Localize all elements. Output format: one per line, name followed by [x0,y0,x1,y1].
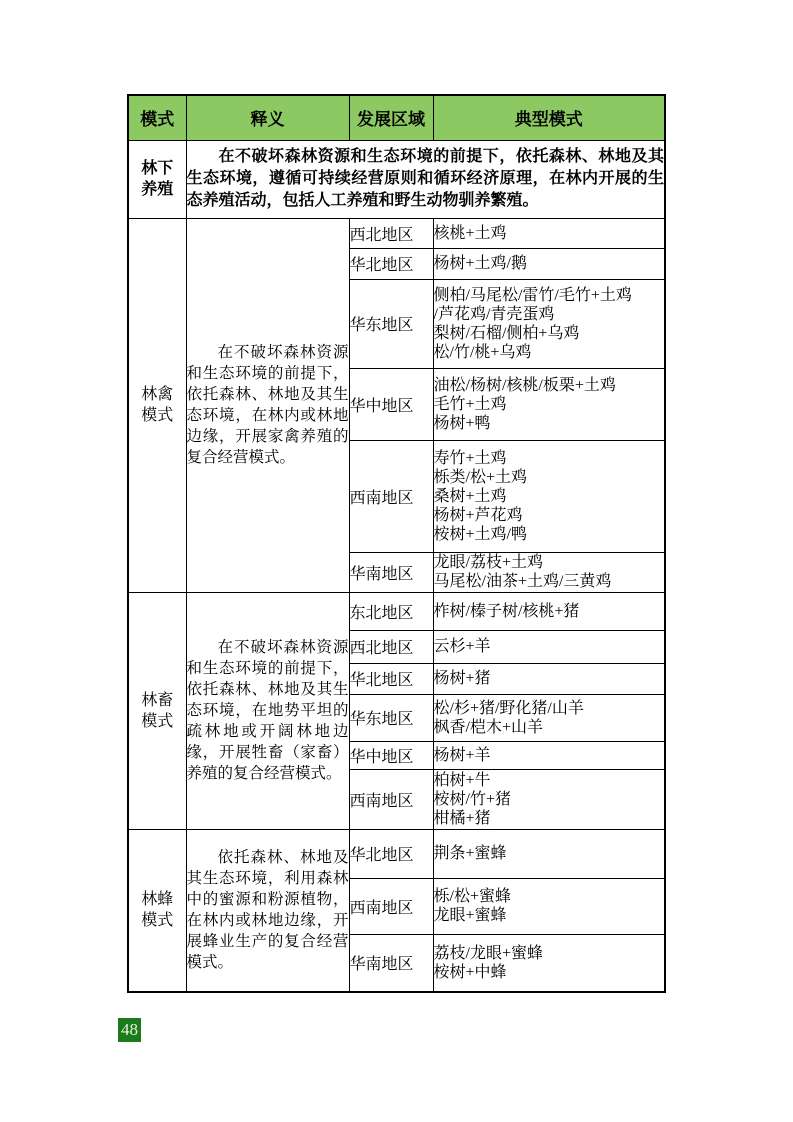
mode-label-line: 林禽 [129,384,186,405]
models-cell: 云杉+羊 [433,630,665,663]
region-cell: 华中地区 [349,368,433,440]
model-line: 杨树+芦花鸡 [434,506,665,525]
model-line: 杨树+鸭 [434,414,665,433]
mode-label-line: 养殖 [129,179,186,200]
model-line: 桑树+土鸡 [434,487,665,506]
models-cell: 栎/松+蜜蜂龙眼+蜜蜂 [433,878,665,934]
models-cell: 侧柏/马尾松/雷竹/毛竹+土鸡/芦花鸡/青壳蛋鸡梨树/石榴/侧柏+乌鸡松/竹/桃… [433,279,665,368]
region-cell: 西北地区 [349,630,433,663]
mode-label-line: 模式 [129,405,186,426]
region-cell: 华南地区 [349,934,433,992]
header-cell: 发展区域 [349,95,433,140]
model-line: 杨树+羊 [434,746,665,765]
models-cell: 寿竹+土鸡栎类/松+土鸡桑树+土鸡杨树+芦花鸡桉树+土鸡/鸭 [433,440,665,552]
mode-label-line: 林蜂 [129,889,186,910]
region-cell: 华中地区 [349,741,433,769]
region-cell: 华南地区 [349,552,433,592]
definition-cell: 在不破坏森林资源和生态环境的前提下，依托森林、林地及其生态环境，在林内或林地边缘… [186,218,349,592]
region-cell: 华北地区 [349,248,433,279]
region-cell: 东北地区 [349,592,433,630]
intro-row: 林下养殖在不破坏森林资源和生态环境的前提下，依托森林、林地及其生态环境，遵循可持… [128,140,665,218]
model-line: 松/杉+猪/野化猪/山羊 [434,699,665,718]
region-row: 林蜂模式依托森林、林地及其生态环境，利用森林中的蜜源和粉源植物，在林内或林地边缘… [128,829,665,878]
region-row: 林畜模式在不破坏森林资源和生态环境的前提下，依托森林、林地及其生态环境，在地势平… [128,592,665,630]
mode-cell: 林畜模式 [128,592,186,829]
model-line: 马尾松/油茶+土鸡/三黄鸡 [434,572,665,591]
models-cell: 柏树+牛桉树/竹+猪柑橘+猪 [433,769,665,829]
mode-label-line: 模式 [129,711,186,732]
mode-cell: 林下养殖 [128,140,186,218]
header-cell: 释义 [186,95,349,140]
models-cell: 杨树+羊 [433,741,665,769]
model-line: 桉树+中蜂 [434,963,665,982]
mode-cell: 林蜂模式 [128,829,186,992]
models-cell: 杨树+猪 [433,663,665,694]
page-number-badge: 48 [118,1018,141,1042]
models-cell: 核桃+土鸡 [433,218,665,248]
model-line: 寿竹+土鸡 [434,449,665,468]
definition-cell: 依托森林、林地及其生态环境，利用森林中的蜜源和粉源植物，在林内或林地边缘，开展蜂… [186,829,349,992]
definition-cell: 在不破坏森林资源和生态环境的前提下，依托森林、林地及其生态环境，在地势平坦的疏林… [186,592,349,829]
region-cell: 华北地区 [349,829,433,878]
models-cell: 荔枝/龙眼+蜜蜂桉树+中蜂 [433,934,665,992]
intro-definition-cell: 在不破坏森林资源和生态环境的前提下，依托森林、林地及其生态环境，遵循可持续经营原… [186,140,665,218]
table-header-row: 模式释义发展区域典型模式 [128,95,665,140]
model-line: 荔枝/龙眼+蜜蜂 [434,944,665,963]
models-cell: 油松/杨树/核桃/板栗+土鸡毛竹+土鸡杨树+鸭 [433,368,665,440]
model-line: 龙眼+蜜蜂 [434,906,665,925]
model-line: 桉树/竹+猪 [434,790,665,809]
models-cell: 龙眼/荔枝+土鸡马尾松/油茶+土鸡/三黄鸡 [433,552,665,592]
models-cell: 荆条+蜜蜂 [433,829,665,878]
model-line: 荆条+蜜蜂 [434,844,665,863]
model-line: 柞树/榛子树/核桃+猪 [434,602,665,621]
model-line: 桉树+土鸡/鸭 [434,525,665,544]
document-page: 模式释义发展区域典型模式林下养殖在不破坏森林资源和生态环境的前提下，依托森林、林… [0,0,793,1122]
definition-text: 依托森林、林地及其生态环境，利用森林中的蜜源和粉源植物，在林内或林地边缘，开展蜂… [187,847,349,973]
model-line: 杨树+猪 [434,669,665,688]
intro-definition-text: 在不破坏森林资源和生态环境的前提下，依托森林、林地及其生态环境，遵循可持续经营原… [187,146,665,212]
model-line: 龙眼/荔枝+土鸡 [434,553,665,572]
header-cell: 典型模式 [433,95,665,140]
model-line: 柑橘+猪 [434,809,665,828]
model-line: 油松/杨树/核桃/板栗+土鸡 [434,376,665,395]
model-line: 杨树+土鸡/鹅 [434,254,665,273]
region-cell: 华东地区 [349,279,433,368]
model-line: 栎类/松+土鸡 [434,468,665,487]
mode-label-line: 林畜 [129,690,186,711]
model-line: 枫香/桤木+山羊 [434,718,665,737]
definition-text: 在不破坏森林资源和生态环境的前提下，依托森林、林地及其生态环境，在林内或林地边缘… [187,342,349,468]
definition-text: 在不破坏森林资源和生态环境的前提下，依托森林、林地及其生态环境，在地势平坦的疏林… [187,637,349,784]
region-cell: 华北地区 [349,663,433,694]
region-cell: 西北地区 [349,218,433,248]
region-cell: 华东地区 [349,694,433,741]
model-line: 梨树/石榴/侧柏+乌鸡 [434,324,665,343]
models-cell: 松/杉+猪/野化猪/山羊枫香/桤木+山羊 [433,694,665,741]
model-line: 柏树+牛 [434,771,665,790]
mode-label-line: 模式 [129,910,186,931]
model-line: 核桃+土鸡 [434,224,665,243]
model-line: 侧柏/马尾松/雷竹/毛竹+土鸡 [434,286,665,305]
models-cell: 柞树/榛子树/核桃+猪 [433,592,665,630]
models-cell: 杨树+土鸡/鹅 [433,248,665,279]
model-line: 栎/松+蜜蜂 [434,887,665,906]
forestry-modes-table: 模式释义发展区域典型模式林下养殖在不破坏森林资源和生态环境的前提下，依托森林、林… [127,94,666,993]
header-cell: 模式 [128,95,186,140]
region-row: 林禽模式在不破坏森林资源和生态环境的前提下，依托森林、林地及其生态环境，在林内或… [128,218,665,248]
model-line: /芦花鸡/青壳蛋鸡 [434,305,665,324]
model-line: 云杉+羊 [434,637,665,656]
model-line: 毛竹+土鸡 [434,395,665,414]
region-cell: 西南地区 [349,440,433,552]
mode-cell: 林禽模式 [128,218,186,592]
region-cell: 西南地区 [349,878,433,934]
region-cell: 西南地区 [349,769,433,829]
model-line: 松/竹/桃+乌鸡 [434,343,665,362]
mode-label-line: 林下 [129,158,186,179]
